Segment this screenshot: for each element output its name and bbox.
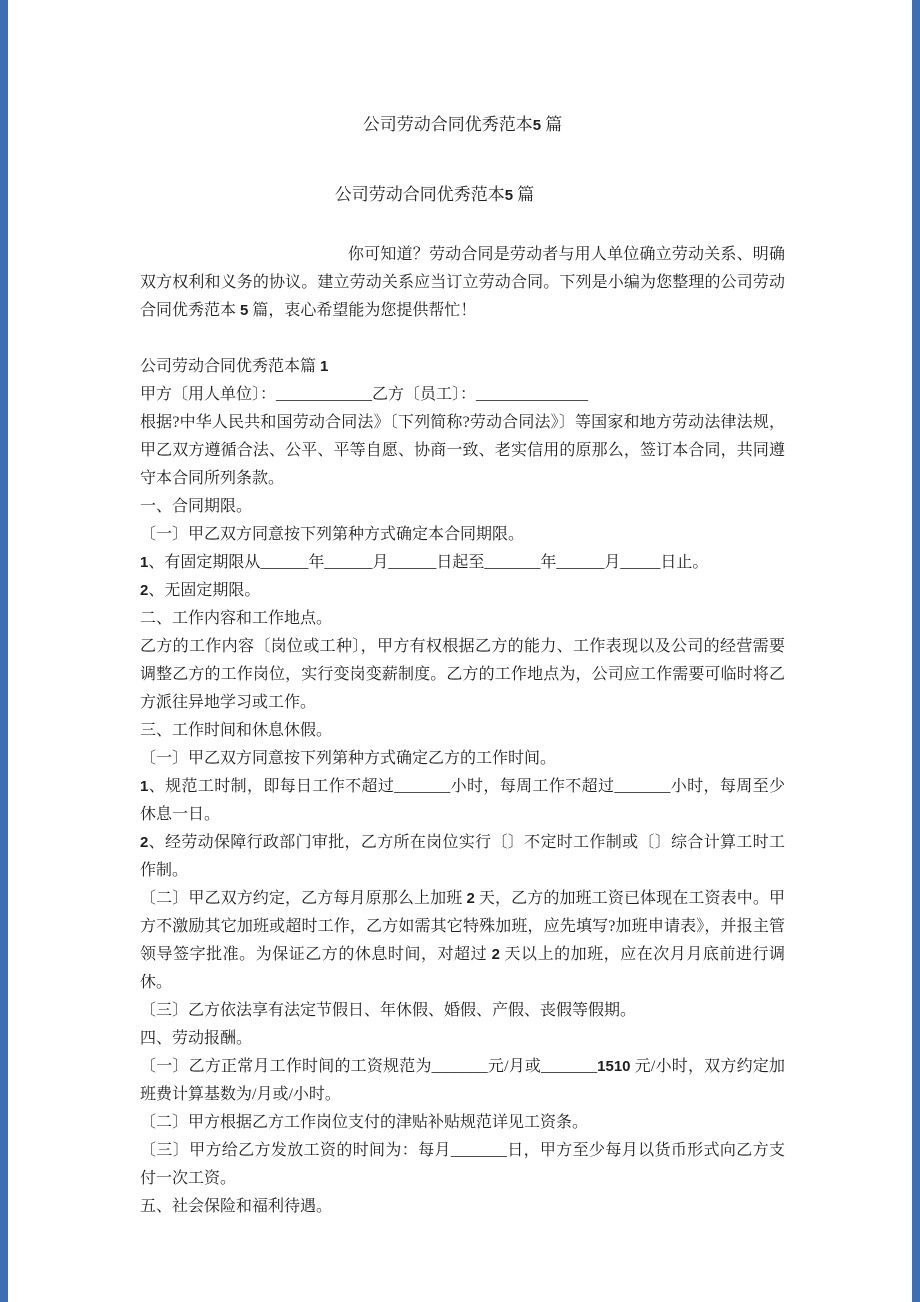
basis-paragraph: 根据?中华人民共和国劳动合同法》〔下列简称?劳动合同法》〕等国家和地方劳动法律法…: [140, 409, 785, 493]
text-segment: 〔一〕甲乙双方同意按下列第种方式确定本合同期限。: [140, 526, 524, 543]
clause-3-1-2: 2、经劳动保障行政部门审批，乙方所在岗位实行〔〕不定时工作制或〔〕综合计算工时工…: [140, 829, 785, 885]
clause-1-1: 〔一〕甲乙双方同意按下列第种方式确定本合同期限。: [140, 521, 785, 549]
number-text: 1: [320, 358, 328, 375]
text-segment: 〔二〕甲乙双方约定，乙方每月原那么上加班: [140, 890, 466, 907]
clause-3-1: 〔一〕甲乙双方同意按下列第种方式确定乙方的工作时间。: [140, 745, 785, 773]
clause-3-heading: 三、工作时间和休息休假。: [140, 717, 785, 745]
clause-2-body: 乙方的工作内容〔岗位或工种〕，甲方有权根据乙方的能力、工作表现以及公司的经营需要…: [140, 633, 785, 717]
text-segment: 甲方〔用人单位〕：____________乙方〔员工〕：____________…: [140, 386, 588, 403]
text-segment: 篇: [513, 185, 534, 204]
text-segment: 公司劳动合同优秀范本: [363, 115, 533, 134]
number-text: 1510: [597, 1058, 630, 1075]
clause-2-heading: 二、工作内容和工作地点。: [140, 605, 785, 633]
doc-title: 公司劳动合同优秀范本5 篇: [140, 111, 785, 140]
text-segment: 、有固定期限从______年______月______日起至_______年__…: [148, 554, 708, 571]
document-body: 公司劳动合同优秀范本5 篇公司劳动合同优秀范本5 篇你可知道？劳动合同是劳动者与…: [140, 111, 785, 1221]
text-segment: 三、工作时间和休息休假。: [140, 722, 332, 739]
clause-5-heading: 五、社会保险和福利待遇。: [140, 1193, 785, 1221]
text-segment: 篇，衷心希望能为您提供帮忙！: [248, 302, 476, 319]
text-segment: 、经劳动保障行政部门审批，乙方所在岗位实行〔〕不定时工作制或〔〕综合计算工时工作…: [140, 834, 785, 879]
text-segment: 五、社会保险和福利待遇。: [140, 1198, 332, 1215]
clause-3-1-1: 1、规范工时制，即每日工作不超过_______小时，每周工作不超过_______…: [140, 773, 785, 829]
clause-4-1: 〔一〕乙方正常月工作时间的工资规范为_______元/月或_______1510…: [140, 1053, 785, 1109]
text-segment: 、规范工时制，即每日工作不超过_______小时，每周工作不超过_______小…: [140, 778, 785, 823]
clause-1-1-1: 1、有固定期限从______年______月______日起至_______年_…: [140, 549, 785, 577]
template-1-heading: 公司劳动合同优秀范本篇 1: [140, 353, 785, 381]
parties-line: 甲方〔用人单位〕：____________乙方〔员工〕：____________…: [140, 381, 785, 409]
number-text: 2: [466, 890, 474, 907]
text-segment: 四、劳动报酬。: [140, 1030, 252, 1047]
text-segment: 〔三〕甲方给乙方发放工资的时间为：每月_______日，甲方至少每月以货币形式向…: [140, 1142, 785, 1187]
intro-paragraph: 你可知道？劳动合同是劳动者与用人单位确立劳动关系、明确双方权利和义务的协议。建立…: [140, 241, 785, 325]
clause-4-2: 〔二〕甲方根据乙方工作岗位支付的津贴补贴规范详见工资条。: [140, 1109, 785, 1137]
text-segment: 二、工作内容和工作地点。: [140, 610, 332, 627]
right-edge-bar: [912, 0, 920, 1302]
number-text: 2: [492, 946, 500, 963]
text-segment: 〔一〕甲乙双方同意按下列第种方式确定乙方的工作时间。: [140, 750, 556, 767]
clause-3-2: 〔二〕甲乙双方约定，乙方每月原那么上加班 2 天，乙方的加班工资已体现在工资表中…: [140, 885, 785, 997]
text-segment: 、无固定期限。: [148, 582, 260, 599]
number-text: 5: [505, 187, 513, 204]
text-segment: 根据?中华人民共和国劳动合同法》〔下列简称?劳动合同法》〕等国家和地方劳动法律法…: [140, 414, 785, 487]
clause-4-3: 〔三〕甲方给乙方发放工资的时间为：每月_______日，甲方至少每月以货币形式向…: [140, 1137, 785, 1193]
clause-3-3: 〔三〕乙方依法享有法定节假日、年休假、婚假、产假、丧假等假期。: [140, 997, 785, 1025]
clause-1-1-2: 2、无固定期限。: [140, 577, 785, 605]
clause-4-heading: 四、劳动报酬。: [140, 1025, 785, 1053]
text-segment: 篇: [541, 115, 562, 134]
left-edge-bar: [0, 0, 8, 1302]
text-segment: 一、合同期限。: [140, 498, 252, 515]
text-segment: 公司劳动合同优秀范本篇: [140, 358, 320, 375]
document-page: 公司劳动合同优秀范本5 篇公司劳动合同优秀范本5 篇你可知道？劳动合同是劳动者与…: [140, 0, 785, 1221]
text-segment: 〔一〕乙方正常月工作时间的工资规范为_______元/月或_______: [140, 1058, 597, 1075]
text-segment: 公司劳动合同优秀范本: [335, 185, 505, 204]
page: { "page": { "background_color": "#ffffff…: [0, 0, 920, 1302]
text-segment: 〔三〕乙方依法享有法定节假日、年休假、婚假、产假、丧假等假期。: [140, 1002, 636, 1019]
number-text: 5: [533, 117, 541, 134]
text-segment: 〔二〕甲方根据乙方工作岗位支付的津贴补贴规范详见工资条。: [140, 1114, 588, 1131]
clause-1-heading: 一、合同期限。: [140, 493, 785, 521]
doc-subtitle: 公司劳动合同优秀范本5 篇: [140, 181, 729, 210]
text-segment: 乙方的工作内容〔岗位或工种〕，甲方有权根据乙方的能力、工作表现以及公司的经营需要…: [140, 638, 785, 711]
